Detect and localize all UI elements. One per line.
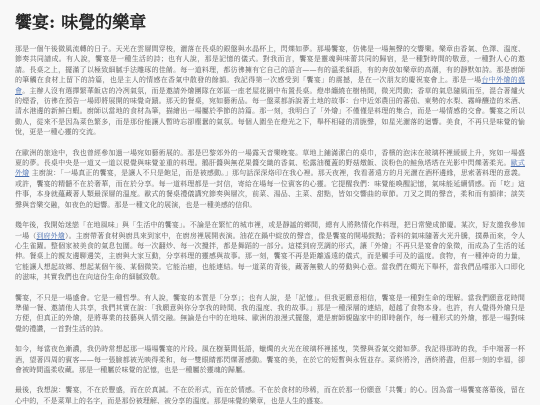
paragraph-text: 。主辦人沒有選擇繁華飯店的冷冽氣氛，而是邀請外燴團隊在郊區一座老屋花園中布置長桌… — [15, 87, 525, 137]
inline-link[interactable]: 到府外燴 — [36, 232, 65, 240]
paragraph-text: 如今，每當夜色漸濃，我仍時常想起那一場場饗宴的片段。風在樹葉間低語，蠟燭的火光在… — [15, 345, 525, 374]
paragraph-text: 最後，我想說：饗宴，不在於豐盛，而在於真誠。不在於形式，而在於情感。不在於食材的… — [15, 386, 525, 404]
document-page: 饗宴: 味覺的樂章 那是一個午後微風流轉的日子。天光在雲層間穿梭，灑落在長桌的銀… — [0, 0, 540, 405]
page-title: 饗宴: 味覺的樂章 — [15, 12, 525, 34]
paragraph: 最後，我想說：饗宴，不在於豐盛，而在於真誠。不在於形式，而在於情感。不在於食材的… — [15, 385, 525, 405]
paragraph-text: ）。主廚帶著食材與廚具來到家中，在廚房裡展開表演。油花在鍋中綻放的聲音，像是饗宴… — [15, 232, 525, 282]
paragraph: 在歐洲的旅途中，我也曾經參加過一場宛如藝術展的。那是巴黎郊外的一場露天音樂晚宴。… — [15, 148, 525, 210]
paragraph: 那是一個午後微風流轉的日子。天光在雲層間穿梭，灑落在長桌的銀盤與水晶杯上，閃爍如… — [15, 44, 525, 138]
paragraph: 如今，每當夜色漸濃，我仍時常想起那一場場饗宴的片段。風在樹葉間低語，蠟燭的火光在… — [15, 344, 525, 375]
paragraph-text: 主廚說：「一場真正的饗宴，是讓人不只是飽足，而是被感動。」那句話深深烙印在我心裡… — [15, 169, 525, 208]
paragraph-text: 饗宴，不只是一場盛會。它是一種哲學。有人說，饗宴的本質是「分享」；也有人說，是「… — [15, 294, 525, 333]
paragraph: 幾年後，我開始迷戀「在地風味」與「生活中的饗宴」。不論是在繁忙的城市裡，或是靜謐… — [15, 220, 525, 282]
paragraph: 饗宴，不只是一場盛會。它是一種哲學。有人說，饗宴的本質是「分享」；也有人說，是「… — [15, 293, 525, 335]
paragraph-text: 那是一個午後微風流轉的日子。天光在雲層間穿梭，灑落在長桌的銀盤與水晶杯上，閃爍如… — [15, 45, 525, 84]
paragraph-text: 在歐洲的旅途中，我也曾經參加過一場宛如藝術展的。那是巴黎郊外的一場露天音樂晚宴。… — [15, 149, 525, 167]
article-body: 那是一個午後微風流轉的日子。天光在雲層間穿梭，灑落在長桌的銀盤與水晶杯上，閃爍如… — [15, 44, 525, 405]
